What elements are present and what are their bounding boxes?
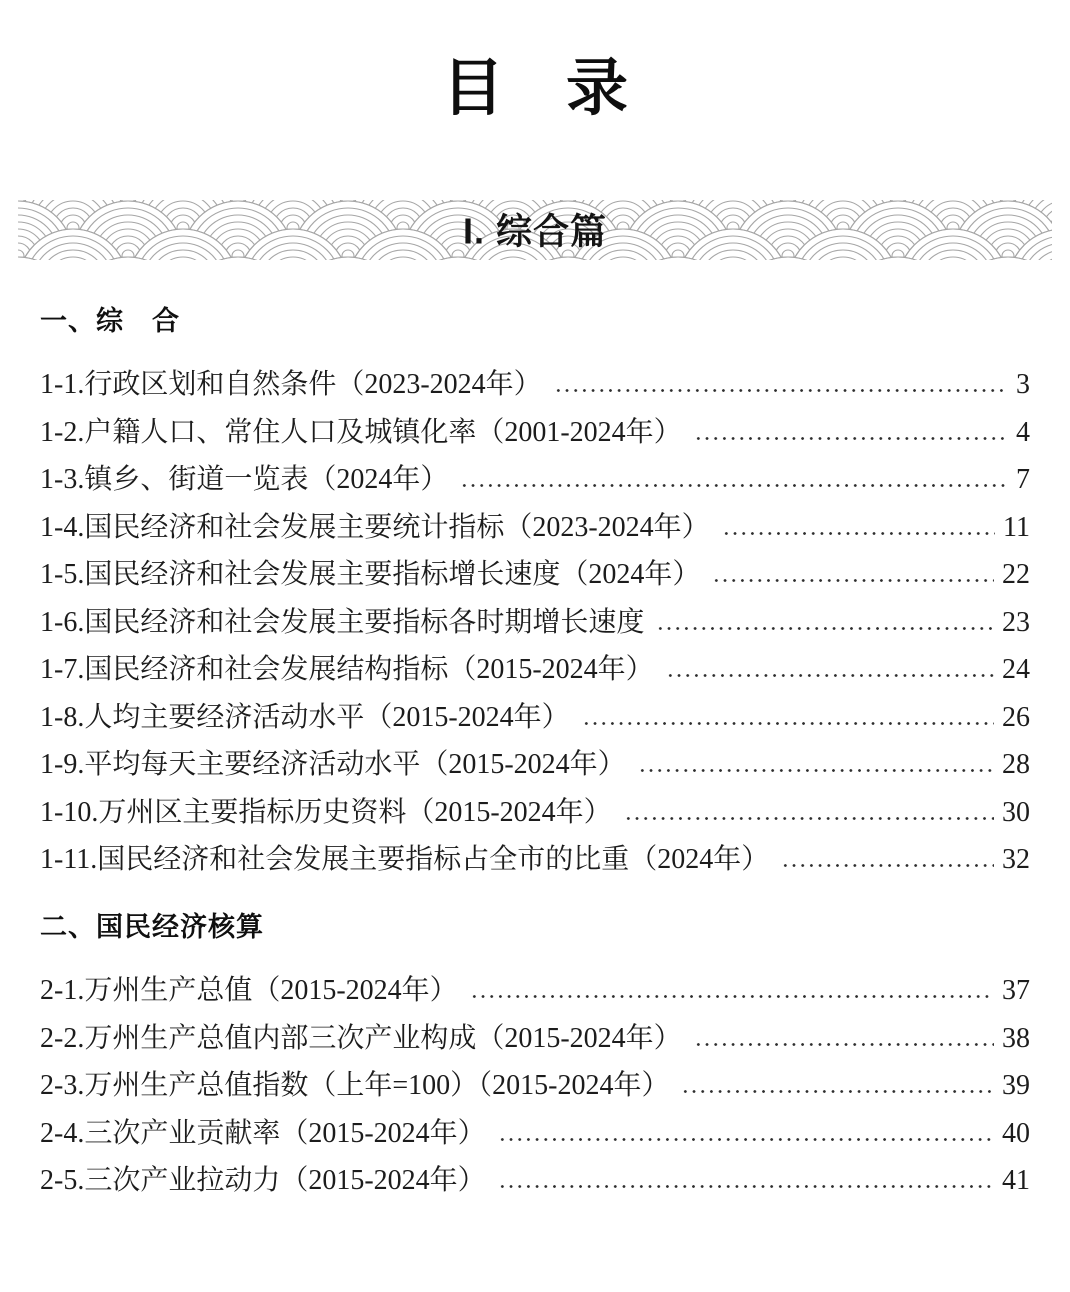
toc-entry: 1-2.户籍人口、常住人口及城镇化率（2001-2024年） 4 (40, 416, 1030, 449)
toc-entry-label: 1-1.行政区划和自然条件（2023-2024年） (40, 368, 542, 401)
section-entries: 2-1.万州生产总值（2015-2024年） 37 2-2.万州生产总值内部三次… (40, 974, 1030, 1197)
toc-entry: 1-9.平均每天主要经济活动水平（2015-2024年） 28 (40, 748, 1030, 781)
toc-entry: 1-11.国民经济和社会发展主要指标占全市的比重（2024年） 32 (40, 843, 1030, 876)
toc-entry-page: 23 (1002, 606, 1030, 639)
section-entries: 1-1.行政区划和自然条件（2023-2024年） 3 1-2.户籍人口、常住人… (40, 368, 1030, 876)
toc-entry-page: 30 (1002, 796, 1030, 829)
toc-entry-label: 1-4.国民经济和社会发展主要统计指标（2023-2024年） (40, 511, 710, 544)
toc-entry: 2-4.三次产业贡献率（2015-2024年） 40 (40, 1117, 1030, 1150)
toc-entry: 1-10.万州区主要指标历史资料（2015-2024年） 30 (40, 796, 1030, 829)
dotted-leader (712, 578, 994, 583)
section-heading: 二、国民经济核算 (40, 912, 1030, 943)
toc-entry-page: 28 (1002, 748, 1030, 781)
toc-entry-label: 2-3.万州生产总值指数（上年=100）（2015-2024年） (40, 1069, 669, 1102)
dotted-leader (460, 483, 1008, 488)
toc-entry-page: 22 (1002, 558, 1030, 591)
toc-entry-page: 39 (1002, 1069, 1030, 1102)
toc-entry-page: 11 (1003, 511, 1030, 544)
toc-entry: 1-3.镇乡、街道一览表（2024年） 7 (40, 463, 1030, 496)
toc-entry: 1-7.国民经济和社会发展结构指标（2015-2024年） 24 (40, 653, 1030, 686)
toc-entry: 2-2.万州生产总值内部三次产业构成（2015-2024年） 38 (40, 1022, 1030, 1055)
toc-entry-label: 1-3.镇乡、街道一览表（2024年） (40, 463, 448, 496)
toc-entry-label: 1-6.国民经济和社会发展主要指标各时期增长速度 (40, 606, 644, 639)
dotted-leader (694, 436, 1008, 441)
dotted-leader (694, 1042, 994, 1047)
toc-entry: 2-3.万州生产总值指数（上年=100）（2015-2024年） 39 (40, 1069, 1030, 1102)
toc-entry-label: 1-7.国民经济和社会发展结构指标（2015-2024年） (40, 653, 654, 686)
toc-entry-label: 1-5.国民经济和社会发展主要指标增长速度（2024年） (40, 558, 700, 591)
toc-entry-page: 41 (1002, 1164, 1030, 1197)
toc-entry: 1-5.国民经济和社会发展主要指标增长速度（2024年） 22 (40, 558, 1030, 591)
dotted-leader (582, 721, 994, 726)
dotted-leader (681, 1089, 994, 1094)
toc-entry: 1-8.人均主要经济活动水平（2015-2024年） 26 (40, 701, 1030, 734)
toc-entry-page: 7 (1016, 463, 1030, 496)
toc-entry-label: 2-1.万州生产总值（2015-2024年） (40, 974, 458, 1007)
dotted-leader (554, 388, 1008, 393)
dotted-leader (470, 994, 994, 999)
toc-entry-page: 37 (1002, 974, 1030, 1007)
toc-entry-label: 2-4.三次产业贡献率（2015-2024年） (40, 1117, 486, 1150)
toc-entry: 2-5.三次产业拉动力（2015-2024年） 41 (40, 1164, 1030, 1197)
toc-entry: 1-1.行政区划和自然条件（2023-2024年） 3 (40, 368, 1030, 401)
toc-entry-label: 2-2.万州生产总值内部三次产业构成（2015-2024年） (40, 1022, 682, 1055)
section-heading: 一、综 合 (40, 306, 1030, 337)
dotted-leader (498, 1184, 994, 1189)
toc-entry-page: 32 (1002, 843, 1030, 876)
toc-entry-label: 1-8.人均主要经济活动水平（2015-2024年） (40, 701, 570, 734)
banner-label: I. 综合篇 (18, 203, 1052, 254)
dotted-leader (498, 1137, 994, 1142)
toc-entry-page: 4 (1016, 416, 1030, 449)
toc-entry: 1-6.国民经济和社会发展主要指标各时期增长速度 23 (40, 606, 1030, 639)
toc-entry-label: 1-11.国民经济和社会发展主要指标占全市的比重（2024年） (40, 843, 769, 876)
toc-entry: 2-1.万州生产总值（2015-2024年） 37 (40, 974, 1030, 1007)
toc-entry-label: 1-9.平均每天主要经济活动水平（2015-2024年） (40, 748, 626, 781)
toc-section: 二、国民经济核算 2-1.万州生产总值（2015-2024年） 37 2-2.万… (40, 912, 1030, 1197)
toc-entry-label: 1-2.户籍人口、常住人口及城镇化率（2001-2024年） (40, 416, 682, 449)
dotted-leader (781, 863, 994, 868)
dotted-leader (638, 768, 994, 773)
toc-entry-label: 1-10.万州区主要指标历史资料（2015-2024年） (40, 796, 612, 829)
toc-sections: 一、综 合 1-1.行政区划和自然条件（2023-2024年） 3 1-2.户籍… (40, 306, 1030, 1197)
toc-entry: 1-4.国民经济和社会发展主要统计指标（2023-2024年） 11 (40, 511, 1030, 544)
toc-entry-page: 38 (1002, 1022, 1030, 1055)
toc-entry-page: 40 (1002, 1117, 1030, 1150)
dotted-leader (656, 626, 994, 631)
toc-section: 一、综 合 1-1.行政区划和自然条件（2023-2024年） 3 1-2.户籍… (40, 306, 1030, 876)
page-title: 目 录 (0, 54, 1070, 124)
toc-page: { "page_title": "目 录", "banner": { "labe… (0, 0, 1070, 1292)
toc-entry-page: 3 (1016, 368, 1030, 401)
section-banner: I. 综合篇 (18, 200, 1052, 260)
toc-entry-page: 26 (1002, 701, 1030, 734)
dotted-leader (666, 673, 994, 678)
dotted-leader (722, 531, 995, 536)
toc-entry-label: 2-5.三次产业拉动力（2015-2024年） (40, 1164, 486, 1197)
dotted-leader (624, 816, 994, 821)
toc-entry-page: 24 (1002, 653, 1030, 686)
